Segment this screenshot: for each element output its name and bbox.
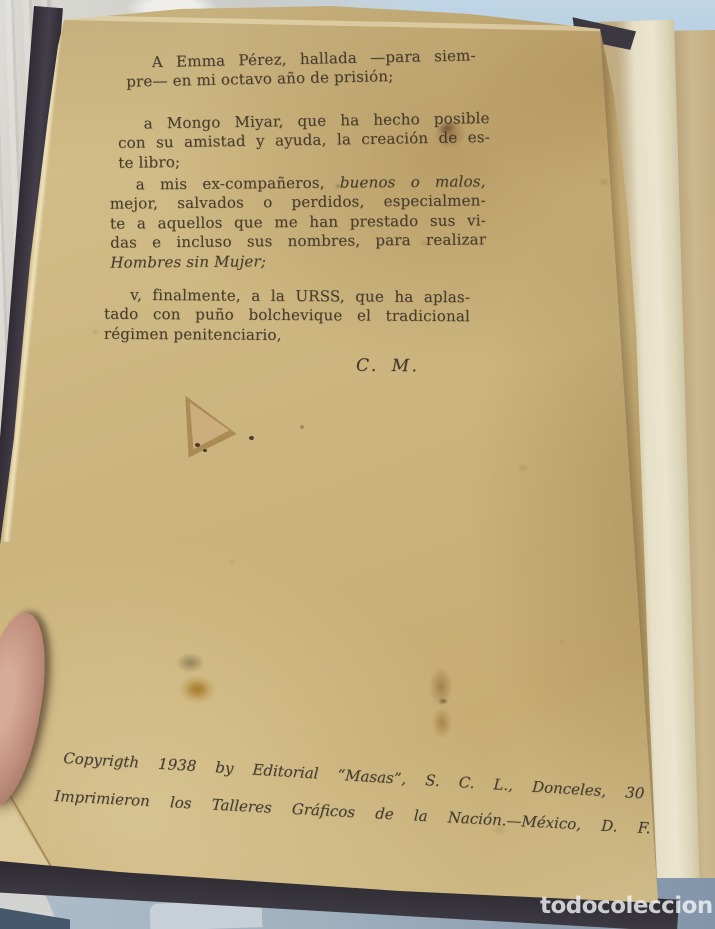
dedication-paragraph-mongo-miyar: a Mongo Miyar, que ha hecho posiblecon s… — [118, 109, 491, 173]
dedication-line: tado con puño bolchevique el tradicional — [104, 305, 470, 327]
dedication-line: régimen penitenciario, — [104, 325, 470, 347]
stain-blob — [166, 650, 220, 708]
dedication-line: das e incluso sus nombres, para realizar — [110, 231, 486, 254]
dedication-line: Hombres sin Mujer; — [110, 250, 486, 273]
stain-blob — [420, 658, 460, 748]
dedication-line: v, finalmente, a la URSS, que ha aplas- — [104, 286, 470, 308]
stain-speck — [249, 436, 254, 440]
screenshot: { "watermark": "todocoleccion", "signatu… — [0, 0, 715, 929]
dedication-paragraph-ex-companeros: a mis ex-compañeros, buenos o malos,mejo… — [110, 172, 487, 272]
todocoleccion-watermark: todocoleccion — [540, 893, 713, 919]
author-initials: C. M. — [356, 356, 420, 377]
dedication-paragraph-emma-perez: A Emma Pérez, hallada —para siem-pre— en… — [126, 46, 477, 92]
dedication-paragraph-urss: v, finalmente, a la URSS, que ha aplas-t… — [104, 286, 470, 347]
stain-speck — [203, 449, 207, 452]
stain-speck — [195, 443, 200, 447]
book-page: A Emma Pérez, hallada —para siem-pre— en… — [0, 0, 715, 929]
